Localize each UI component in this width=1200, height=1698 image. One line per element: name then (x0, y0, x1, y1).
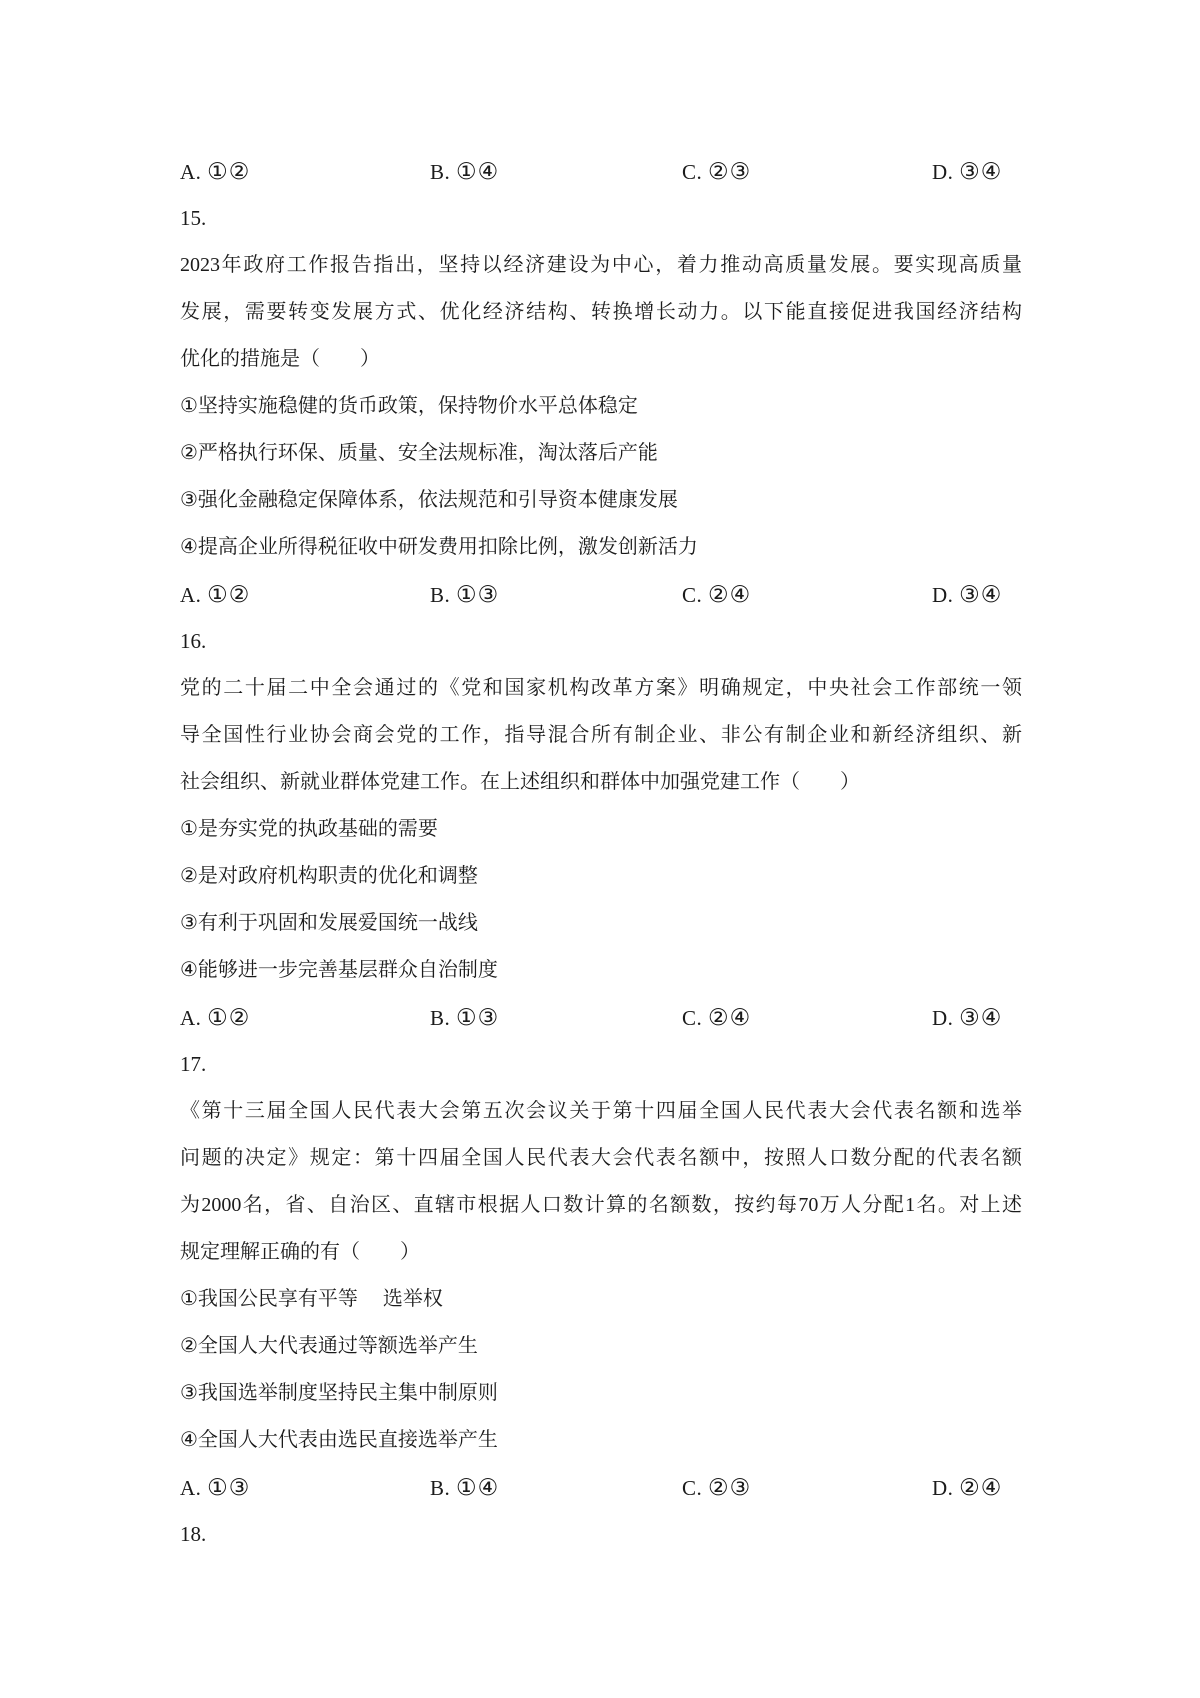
question-15-item-4: ④提高企业所得税征收中研发费用扣除比例，激发创新活力 (180, 524, 1022, 571)
q17-option-a: A. ①③ (180, 1464, 430, 1513)
option-circled-numbers: ②④ (708, 1005, 751, 1030)
q15-option-b: B. ①③ (430, 571, 682, 620)
question-17-body-line-4: 规定理解正确的有（ ） (180, 1229, 1022, 1276)
option-letter: D. (932, 1006, 959, 1030)
q14-option-b: B. ①④ (430, 148, 682, 197)
option-circled-numbers: ①③ (456, 1005, 499, 1030)
q15-answer-options-row: A. ①② B. ①③ C. ②④ D. ③④ (180, 571, 1022, 618)
option-circled-numbers: ③④ (959, 1005, 1002, 1030)
question-17-body-line-1: 《第十三届全国人民代表大会第五次会议关于第十四届全国人民代表大会代表名额和选举 (180, 1088, 1022, 1135)
q17-answer-options-row: A. ①③ B. ①④ C. ②③ D. ②④ (180, 1464, 1022, 1511)
option-circled-numbers: ③④ (959, 159, 1002, 184)
question-15-item-3: ③强化金融稳定保障体系，依法规范和引导资本健康发展 (180, 477, 1022, 524)
question-16-item-4: ④能够进一步完善基层群众自治制度 (180, 947, 1022, 994)
question-17-item-1: ①我国公民享有平等 选举权 (180, 1276, 1022, 1323)
question-17-item-3: ③我国选举制度坚持民主集中制原则 (180, 1370, 1022, 1417)
q16-option-b: B. ①③ (430, 994, 682, 1043)
question-16-body-line-1: 党的二十届二中全会通过的《党和国家机构改革方案》明确规定，中央社会工作部统一领 (180, 665, 1022, 712)
option-letter: C. (682, 583, 708, 607)
exam-document-page: A. ①② B. ①④ C. ②③ D. ③④ 15. 2023年政府工作报告指… (180, 148, 1022, 1558)
question-15-number: 15. (180, 195, 1022, 242)
option-circled-numbers: ①② (207, 159, 250, 184)
option-circled-numbers: ②④ (959, 1475, 1002, 1500)
option-letter: D. (932, 1476, 959, 1500)
q17-option-d: D. ②④ (932, 1464, 1022, 1513)
question-16-number: 16. (180, 618, 1022, 665)
option-circled-numbers: ①③ (207, 1475, 250, 1500)
option-letter: A. (180, 583, 207, 607)
question-18-number: 18. (180, 1511, 1022, 1558)
q14-answer-options-row: A. ①② B. ①④ C. ②③ D. ③④ (180, 148, 1022, 195)
question-16-body-line-2: 导全国性行业协会商会党的工作，指导混合所有制企业、非公有制企业和新经济组织、新 (180, 712, 1022, 759)
question-16-body-line-3: 社会组织、新就业群体党建工作。在上述组织和群体中加强党建工作（ ） (180, 759, 1022, 806)
q16-option-c: C. ②④ (682, 994, 932, 1043)
question-15-item-2: ②严格执行环保、质量、安全法规标准，淘汰落后产能 (180, 430, 1022, 477)
q15-option-c: C. ②④ (682, 571, 932, 620)
question-17-item-2: ②全国人大代表通过等额选举产生 (180, 1323, 1022, 1370)
option-circled-numbers: ①② (207, 1005, 250, 1030)
option-letter: B. (430, 1006, 456, 1030)
option-circled-numbers: ①③ (456, 582, 499, 607)
q15-option-d: D. ③④ (932, 571, 1022, 620)
q14-option-c: C. ②③ (682, 148, 932, 197)
option-letter: C. (682, 1476, 708, 1500)
question-15-item-1: ①坚持实施稳健的货币政策，保持物价水平总体稳定 (180, 383, 1022, 430)
option-letter: C. (682, 1006, 708, 1030)
question-15-body-line-1: 2023年政府工作报告指出，坚持以经济建设为中心，着力推动高质量发展。要实现高质… (180, 242, 1022, 289)
question-17-item-4: ④全国人大代表由选民直接选举产生 (180, 1417, 1022, 1464)
option-letter: C. (682, 160, 708, 184)
q16-option-a: A. ①② (180, 994, 430, 1043)
option-letter: B. (430, 1476, 456, 1500)
question-16-item-2: ②是对政府机构职责的优化和调整 (180, 853, 1022, 900)
option-circled-numbers: ②③ (708, 159, 751, 184)
q17-option-b: B. ①④ (430, 1464, 682, 1513)
question-17-body-line-2: 问题的决定》规定：第十四届全国人民代表大会代表名额中，按照人口数分配的代表名额 (180, 1135, 1022, 1182)
question-15-body-line-3: 优化的措施是（ ） (180, 336, 1022, 383)
option-letter: D. (932, 160, 959, 184)
option-circled-numbers: ②③ (708, 1475, 751, 1500)
option-circled-numbers: ②④ (708, 582, 751, 607)
q14-option-a: A. ①② (180, 148, 430, 197)
option-letter: A. (180, 160, 207, 184)
q17-option-c: C. ②③ (682, 1464, 932, 1513)
q15-option-a: A. ①② (180, 571, 430, 620)
option-letter: A. (180, 1476, 207, 1500)
option-circled-numbers: ①② (207, 582, 250, 607)
q16-option-d: D. ③④ (932, 994, 1022, 1043)
q14-option-d: D. ③④ (932, 148, 1022, 197)
option-circled-numbers: ①④ (456, 159, 499, 184)
option-letter: D. (932, 583, 959, 607)
question-17-number: 17. (180, 1041, 1022, 1088)
option-letter: B. (430, 160, 456, 184)
option-letter: A. (180, 1006, 207, 1030)
option-circled-numbers: ③④ (959, 582, 1002, 607)
question-16-item-3: ③有利于巩固和发展爱国统一战线 (180, 900, 1022, 947)
option-circled-numbers: ①④ (456, 1475, 499, 1500)
q16-answer-options-row: A. ①② B. ①③ C. ②④ D. ③④ (180, 994, 1022, 1041)
question-15-body-line-2: 发展，需要转变发展方式、优化经济结构、转换增长动力。以下能直接促进我国经济结构 (180, 289, 1022, 336)
question-17-body-line-3: 为2000名，省、自治区、直辖市根据人口数计算的名额数，按约每70万人分配1名。… (180, 1182, 1022, 1229)
question-16-item-1: ①是夯实党的执政基础的需要 (180, 806, 1022, 853)
option-letter: B. (430, 583, 456, 607)
